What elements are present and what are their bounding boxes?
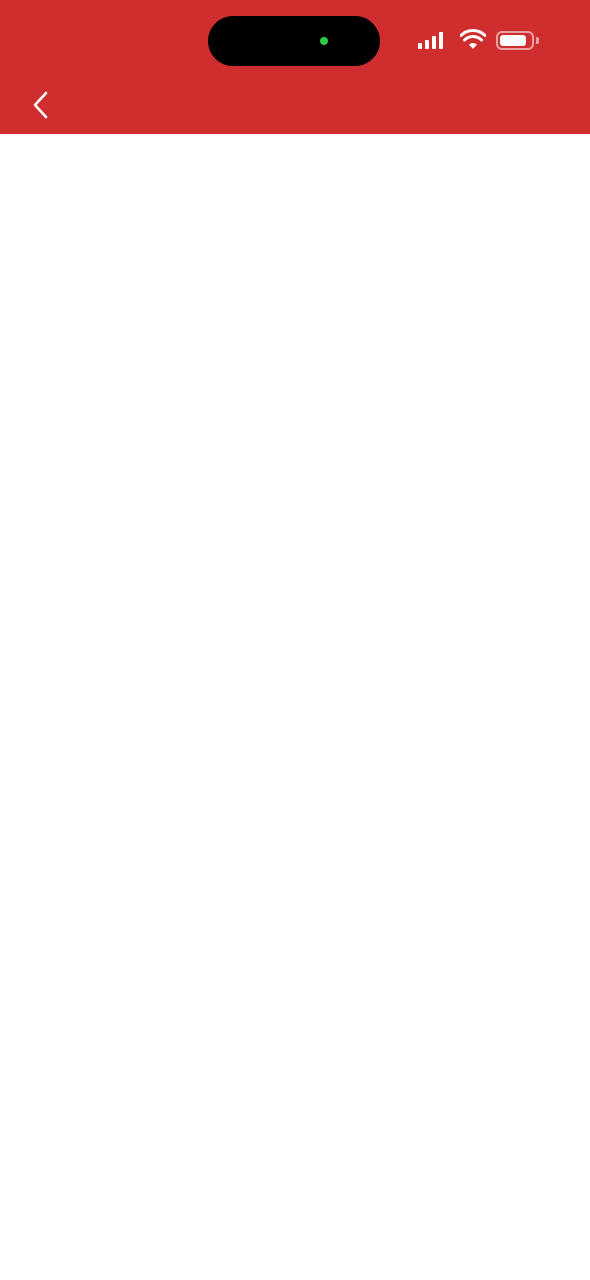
camera-indicator-icon [320,37,328,45]
back-button[interactable] [28,90,56,120]
contract-document[interactable] [0,134,590,1280]
status-bar [0,0,590,80]
dynamic-island [208,16,380,66]
nav-bar [0,80,590,134]
battery-icon [496,31,534,50]
battery-cap [536,37,539,44]
cellular-signal-icon [418,32,443,49]
wifi-icon [460,29,486,51]
app-header [0,0,590,134]
